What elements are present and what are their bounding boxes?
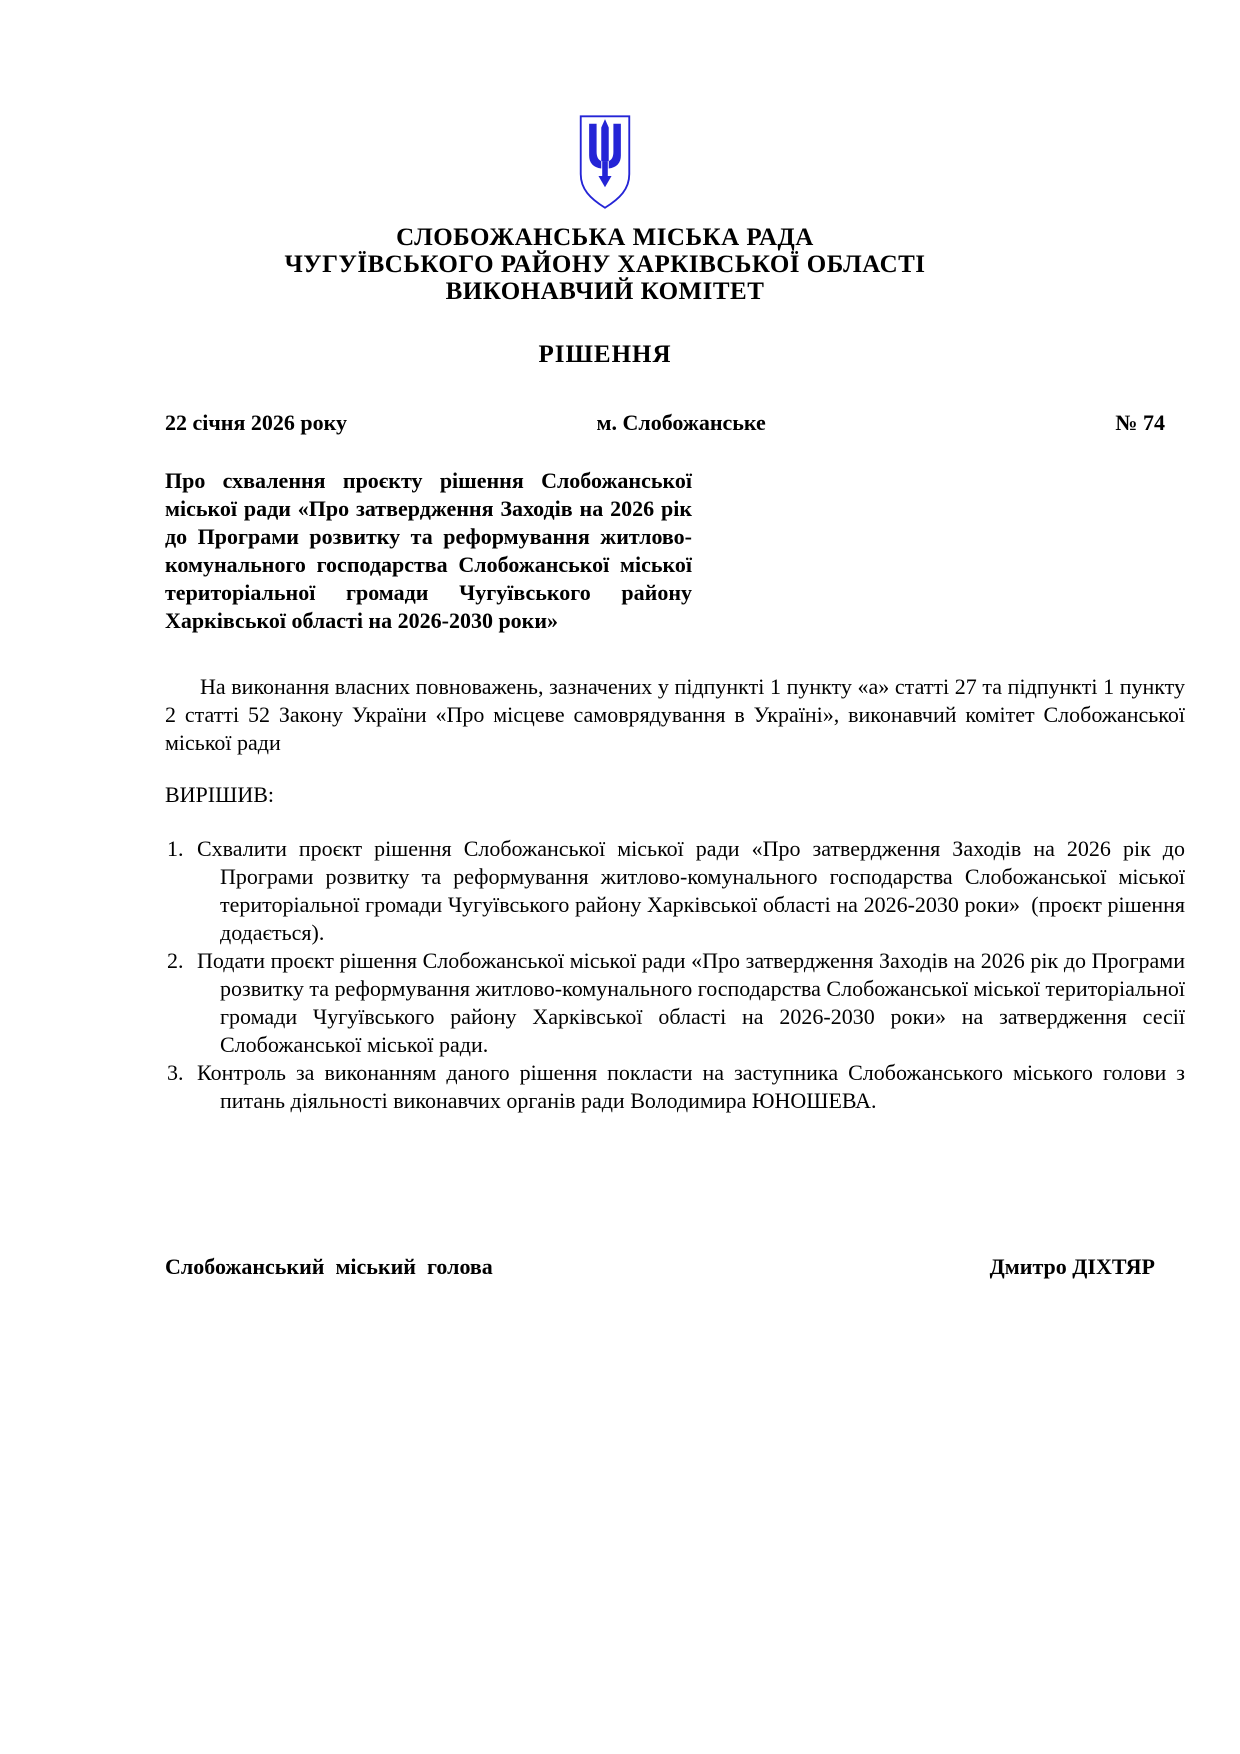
document-header: СЛОБОЖАНСЬКА МІСЬКА РАДА ЧУГУЇВСЬКОГО РА…	[165, 112, 1045, 305]
document-preamble: На виконання власних повноважень, зазнач…	[165, 673, 1185, 757]
signer-title: Слобожанський міський голова	[165, 1253, 493, 1281]
item-number-2: 2.	[167, 947, 197, 975]
document-date: 22 січня 2026 року	[165, 409, 520, 437]
org-line-2: ЧУГУЇВСЬКОГО РАЙОНУ ХАРКІВСЬКОЇ ОБЛАСТІ	[165, 251, 1045, 278]
resolution-item-1: 1.Схвалити проєкт рішення Слобожанської …	[165, 835, 1185, 947]
item-text-3: Контроль за виконанням даного рішення по…	[197, 1060, 1185, 1113]
document-subject: Про схвалення проєкту рішення Слобожансь…	[165, 467, 692, 635]
resolved-heading: ВИРІШИВ:	[165, 781, 1185, 809]
ukraine-trident-icon	[577, 112, 633, 212]
item-number-1: 1.	[167, 835, 197, 863]
item-text-1: Схвалити проєкт рішення Слобожанської мі…	[197, 836, 1185, 945]
date-place-number-row: 22 січня 2026 року м. Слобожанське № 74	[165, 409, 1165, 437]
org-line-3: ВИКОНАВЧИЙ КОМІТЕТ	[165, 278, 1045, 305]
document-type-heading: РІШЕННЯ	[165, 341, 1045, 369]
signer-name: Дмитро ДІХТЯР	[990, 1253, 1155, 1281]
document-place: м. Слобожанське	[520, 409, 843, 437]
document-number: № 74	[842, 409, 1165, 437]
org-line-1: СЛОБОЖАНСЬКА МІСЬКА РАДА	[165, 224, 1045, 251]
organization-name: СЛОБОЖАНСЬКА МІСЬКА РАДА ЧУГУЇВСЬКОГО РА…	[165, 224, 1045, 305]
document-page: СЛОБОЖАНСЬКА МІСЬКА РАДА ЧУГУЇВСЬКОГО РА…	[0, 0, 1240, 1754]
resolution-item-3: 3.Контроль за виконанням даного рішення …	[165, 1059, 1185, 1115]
signature-row: Слобожанський міський голова Дмитро ДІХТ…	[165, 1253, 1155, 1281]
item-number-3: 3.	[167, 1059, 197, 1087]
resolution-item-2: 2.Подати проєкт рішення Слобожанської мі…	[165, 947, 1185, 1059]
resolution-items: 1.Схвалити проєкт рішення Слобожанської …	[165, 835, 1185, 1115]
item-text-2: Подати проєкт рішення Слобожанської місь…	[197, 948, 1185, 1057]
